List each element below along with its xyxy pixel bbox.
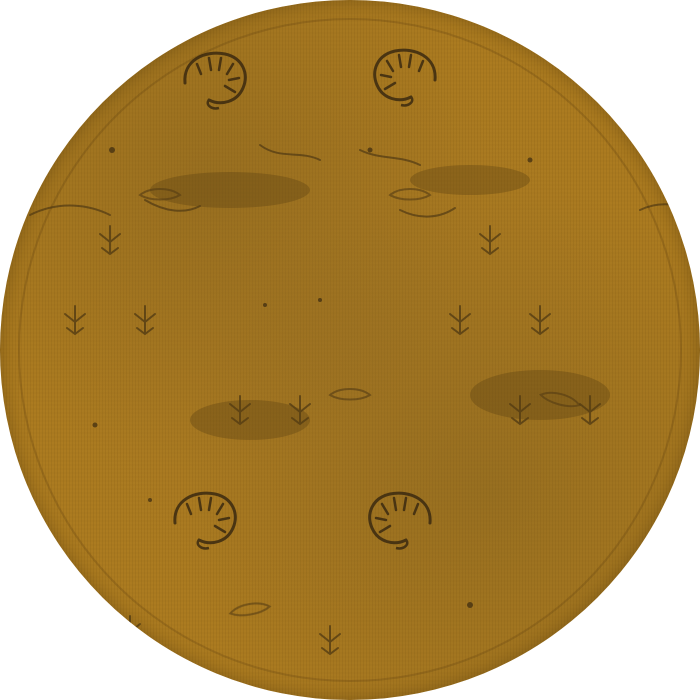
rug-edge-shadow [0,0,700,700]
round-rug [0,0,700,700]
